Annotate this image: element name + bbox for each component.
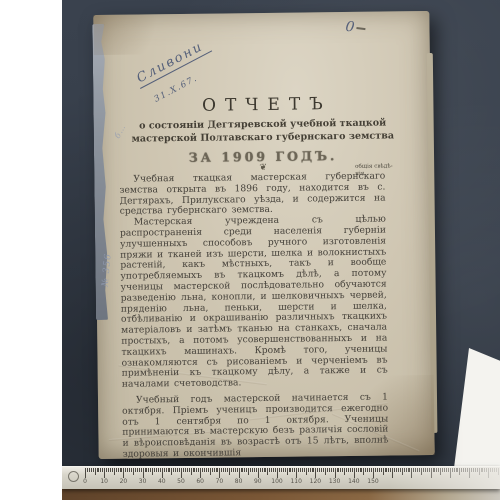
ruler-number: 40 xyxy=(158,478,166,485)
ruler-tick xyxy=(166,468,167,472)
ruler-tick xyxy=(350,468,351,472)
ruler-tick xyxy=(91,468,92,472)
ruler-tick xyxy=(338,468,339,472)
ruler-tick xyxy=(308,468,309,472)
ruler-tick xyxy=(352,468,353,472)
printed-margin-note-line: общія свѣдѣ- xyxy=(355,163,399,170)
body-paragraph: Учебный годъ мастерской начинается съ 1 … xyxy=(122,392,389,460)
ruler-tick xyxy=(306,468,307,475)
ruler-tick xyxy=(254,468,255,472)
ruler-tick xyxy=(221,468,222,472)
ruler-tick xyxy=(260,468,261,472)
ruler-tick xyxy=(160,468,161,472)
ruler-tick xyxy=(97,468,98,472)
ruler-tick xyxy=(317,468,318,472)
ruler-tick xyxy=(248,468,249,475)
ruler-tick xyxy=(258,468,259,478)
ruler-tick xyxy=(264,468,265,472)
ruler-tick xyxy=(244,468,245,472)
ruler-tick xyxy=(139,468,140,472)
body-paragraph: Учебная ткацкая мастерская губернскаго з… xyxy=(119,172,386,218)
ruler-tick xyxy=(337,468,338,472)
ruler-tick xyxy=(313,468,314,472)
ruler-tick xyxy=(112,468,113,472)
ruler-tick xyxy=(296,468,297,478)
ruler-tick xyxy=(246,468,247,472)
ruler-tick xyxy=(267,468,268,475)
top-left-wear xyxy=(93,14,173,55)
ruler-tick xyxy=(385,468,386,472)
ruler-number: 10 xyxy=(100,478,108,485)
ruler-number: 120 xyxy=(310,478,321,485)
ruler-tick xyxy=(279,468,280,472)
ruler-tick xyxy=(171,468,172,475)
ruler-tick xyxy=(104,468,105,478)
ruler-number: 60 xyxy=(196,478,204,485)
ruler-tick xyxy=(135,468,136,472)
ruler-tick xyxy=(202,468,203,472)
ruler-tick xyxy=(231,468,232,472)
ruler-tick xyxy=(198,468,199,472)
ruler-tick xyxy=(189,468,190,472)
ruler-number: 20 xyxy=(120,478,128,485)
ruler-tick xyxy=(187,468,188,472)
ruler-tick xyxy=(181,468,182,478)
white-left-margin xyxy=(0,0,62,500)
ruler-tick xyxy=(95,468,96,475)
ruler-tick xyxy=(285,468,286,472)
ruler-tick xyxy=(333,468,334,472)
ruler-tick xyxy=(321,468,322,472)
ruler-tick xyxy=(118,468,119,472)
ruler-number: 90 xyxy=(254,478,262,485)
ruler-tick xyxy=(133,468,134,475)
ruler-tick xyxy=(365,468,366,472)
ruler-tick xyxy=(114,468,115,475)
ruler-tick xyxy=(367,468,368,472)
ruler-number: 80 xyxy=(235,478,243,485)
ruler-tick xyxy=(289,468,290,472)
ruler-tick xyxy=(354,468,355,478)
ruler-tick xyxy=(304,468,305,472)
ruler-tick xyxy=(342,468,343,472)
ruler-tick xyxy=(102,468,103,472)
ruler-number: 70 xyxy=(216,478,224,485)
ruler-tick xyxy=(335,468,336,478)
ruler-tick xyxy=(127,468,128,472)
ruler-tick xyxy=(206,468,207,472)
ruler-tick xyxy=(158,468,159,472)
ruler-tick xyxy=(223,468,224,472)
ruler-tick xyxy=(145,468,146,472)
ruler-tick xyxy=(177,468,178,472)
ruler-tick xyxy=(204,468,205,472)
ruler-tick xyxy=(229,468,230,475)
ruler-tick xyxy=(271,468,272,472)
ruler-number: 0 xyxy=(83,478,87,485)
ruler-tick xyxy=(241,468,242,472)
background-white-wedge xyxy=(450,348,500,476)
ruler-tick xyxy=(143,468,144,478)
ruler-tick xyxy=(252,468,253,472)
ruler-tick xyxy=(356,468,357,472)
handwritten-zero-mark: 0 xyxy=(345,19,367,37)
ruler-tick xyxy=(212,468,213,472)
ruler-tick xyxy=(217,468,218,472)
ruler-number: 140 xyxy=(348,478,359,485)
report-subtitle: о состояніи Дегтяревской учебной ткацкой… xyxy=(95,117,431,146)
ruler-tick xyxy=(150,468,151,472)
ruler-tick xyxy=(87,468,88,472)
ruler-tick xyxy=(120,468,121,472)
ruler-tick xyxy=(162,468,163,478)
ruler-tick xyxy=(290,468,291,472)
ruler-tick xyxy=(323,468,324,472)
ruler-tick xyxy=(315,468,316,478)
ruler-tick xyxy=(216,468,217,472)
ruler-tick xyxy=(89,468,90,472)
ruler-tick xyxy=(154,468,155,472)
ruler-tick xyxy=(319,468,320,472)
ruler-tick xyxy=(175,468,176,472)
ruler-number: 30 xyxy=(139,478,147,485)
ruler-tick xyxy=(194,468,195,472)
ruler-tick xyxy=(287,468,288,475)
ruler-tick xyxy=(361,468,362,472)
ruler-tick xyxy=(375,468,376,472)
ruler-tick xyxy=(237,468,238,472)
ruler-tick xyxy=(121,468,122,472)
ruler-tick xyxy=(169,468,170,472)
ruler-tick xyxy=(369,468,370,472)
ruler-tick xyxy=(148,468,149,472)
ruler-tick xyxy=(292,468,293,472)
ruler-glare xyxy=(390,467,500,489)
ruler-number: 50 xyxy=(177,478,185,485)
ruler-tick xyxy=(265,468,266,472)
ruler-tick xyxy=(327,468,328,472)
ruler-tick xyxy=(85,468,86,478)
ruler-number: 100 xyxy=(271,478,282,485)
ruler-tick xyxy=(275,468,276,472)
ruler-tick xyxy=(225,468,226,472)
ruler-tick xyxy=(277,468,278,478)
ruler-tick xyxy=(344,468,345,475)
body-paragraph: Мастерская учреждена съ цѣлью распростра… xyxy=(120,215,388,391)
ruler-tick xyxy=(131,468,132,472)
report-title: ОТЧЕТЪ xyxy=(94,93,430,117)
ruler-tick xyxy=(381,468,382,472)
ruler-tick xyxy=(227,468,228,472)
ruler-tick xyxy=(98,468,99,472)
ruler-tick xyxy=(219,468,220,478)
ruler-tick xyxy=(110,468,111,472)
ruler-tick xyxy=(125,468,126,472)
ruler-tick xyxy=(302,468,303,472)
ruler-tick xyxy=(137,468,138,472)
ruler-tick xyxy=(233,468,234,472)
ruler-tick xyxy=(179,468,180,472)
ruler-tick xyxy=(348,468,349,472)
ruler-tick xyxy=(250,468,251,472)
ruler-tick xyxy=(346,468,347,472)
ruler-tick xyxy=(106,468,107,472)
ruler-tick xyxy=(235,468,236,472)
ruler-tick xyxy=(239,468,240,478)
photo-area: Сливони 31.X.67. 0 № 356 б… ОТЧЕТЪ о сос… xyxy=(62,0,500,500)
ruler-tick xyxy=(210,468,211,475)
ruler-tick xyxy=(116,468,117,472)
ruler-tick xyxy=(298,468,299,472)
listing-canvas: Сливони 31.X.67. 0 № 356 б… ОТЧЕТЪ о сос… xyxy=(0,0,500,500)
ruler-tick xyxy=(173,468,174,472)
ruler-tick xyxy=(360,468,361,472)
ruler-tick xyxy=(262,468,263,472)
ruler-tick xyxy=(100,468,101,472)
body-paragraphs: Учебная ткацкая мастерская губернскаго з… xyxy=(119,172,388,461)
ruler-tick xyxy=(152,468,153,475)
ruler-tick xyxy=(242,468,243,472)
ruler-tick xyxy=(358,468,359,472)
ruler-tick xyxy=(168,468,169,472)
ruler-tick xyxy=(273,468,274,472)
ruler-tick xyxy=(214,468,215,472)
ruler-tick xyxy=(123,468,124,478)
ruler-tick xyxy=(141,468,142,472)
ruler-tick xyxy=(300,468,301,472)
ruler-tick xyxy=(93,468,94,472)
ruler-tick xyxy=(256,468,257,472)
ruler-tick xyxy=(383,468,384,475)
ruler-tick xyxy=(371,468,372,472)
ruler-tick xyxy=(379,468,380,472)
ruler-tick xyxy=(129,468,130,472)
document-page: Сливони 31.X.67. 0 № 356 б… ОТЧЕТЪ о сос… xyxy=(93,11,434,459)
ruler-tick xyxy=(283,468,284,472)
ruler-tick xyxy=(156,468,157,472)
ruler-tick xyxy=(269,468,270,472)
ruler-tick xyxy=(108,468,109,472)
ruler-tick xyxy=(146,468,147,472)
ruler-number: 150 xyxy=(367,478,378,485)
ruler-number: 130 xyxy=(329,478,340,485)
ruler-tick xyxy=(373,468,374,478)
ruler-tick xyxy=(386,468,387,472)
ruler-tick xyxy=(363,468,364,475)
ruler-tick xyxy=(340,468,341,472)
ruler-tick xyxy=(331,468,332,472)
ruler-number: 110 xyxy=(290,478,301,485)
ruler-tick xyxy=(183,468,184,472)
ruler-tick xyxy=(185,468,186,472)
ruler-tick xyxy=(193,468,194,472)
ruler-tick xyxy=(281,468,282,472)
ruler-tick xyxy=(191,468,192,475)
ruler-tick xyxy=(208,468,209,472)
ruler-tick xyxy=(312,468,313,472)
ruler-tick xyxy=(164,468,165,472)
ruler-tick xyxy=(310,468,311,472)
ruler-tick xyxy=(294,468,295,472)
ruler-tick xyxy=(329,468,330,472)
ruler-tick xyxy=(325,468,326,475)
ruler-tick xyxy=(196,468,197,472)
ruler-tick xyxy=(200,468,201,478)
ruler-tick xyxy=(377,468,378,472)
handwritten-inventory-note: № 356 xyxy=(101,253,114,287)
ruler: 0102030405060708090100110120130140150 xyxy=(62,466,500,489)
